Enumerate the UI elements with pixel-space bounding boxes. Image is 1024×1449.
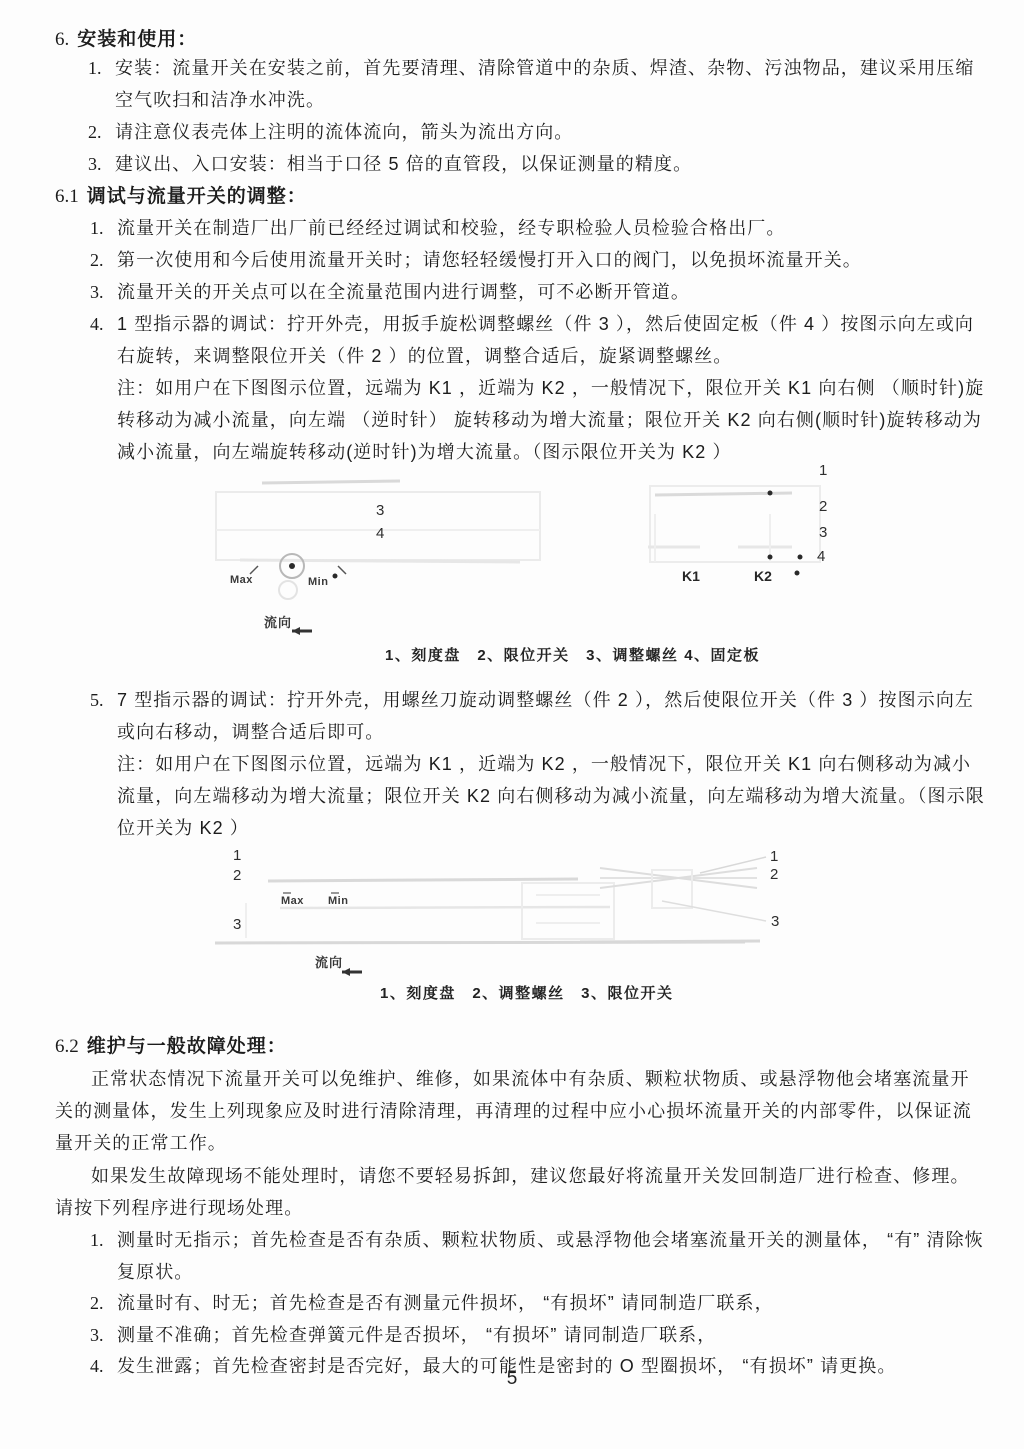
fig2-left-part-label-1: 1 [233,847,241,864]
maintenance-paragraph-1: 正常状态情况下流量开关可以免维护、维修，如果流体中有杂质、颗粒状物质、或悬浮物他… [55,1063,985,1159]
list-item: 1. 测量时无指示；首先检查是否有杂质、颗粒状物质、或悬浮物他会堵塞流量开关的测… [90,1225,987,1288]
section-6-1-title: 调试与流量开关的调整： [87,186,307,207]
fig2-right-part-label-3: 3 [771,913,779,930]
section-6-2-title: 维护与一般故障处理： [87,1036,287,1057]
section-6-number: 6. [55,29,69,50]
list-item: 4. 1 型指示器的调试：拧开外壳，用扳手旋松调整螺丝（件 3 ），然后使固定板… [90,308,987,468]
item-number: 1. [88,52,115,116]
list-item: 5. 7 型指示器的调试：拧开外壳，用螺丝刀旋动调整螺丝（件 2 ），然后使限位… [90,684,987,844]
item-text: 建议出、入口安装：相当于口径 5 倍的直管段，以保证测量的精度。 [115,148,985,180]
document-page: 6.安装和使用： 1. 安装：流量开关在安装之前，首先要清理、清除管道中的杂质、… [0,0,1024,1449]
list-item: 1. 安装：流量开关在安装之前，首先要清理、清除管道中的杂质、焊渣、杂物、污浊物… [88,52,985,116]
figure-2-caption: 1、刻度盘 2、调整螺丝 3、限位开关 [380,982,674,1003]
list-item: 3. 测量不准确；首先检查弹簧元件是否损坏， “有损坏” 请同制造厂联系， [90,1320,987,1352]
figure-1: 3 4 Max Min 流向 1 2 3 4 K1 K2 [0,452,1024,652]
fig2-right-part-label-1: 1 [770,848,778,865]
item-number: 4. [90,308,117,468]
section-6-1-list-continued: 5. 7 型指示器的调试：拧开外壳，用螺丝刀旋动调整螺丝（件 2 ），然后使限位… [90,684,987,844]
fig1-k1-label: K1 [682,568,700,584]
item-text: 测量时无指示；首先检查是否有杂质、颗粒状物质、或悬浮物他会堵塞流量开关的测量体，… [117,1225,987,1288]
fig1-left-part-label-4: 4 [376,525,384,542]
item-text: 流量开关在制造厂出厂前已经经过调试和校验，经专职检验人员检验合格出厂。 [117,212,987,244]
section-6-list: 1. 安装：流量开关在安装之前，首先要清理、清除管道中的杂质、焊渣、杂物、污浊物… [88,52,985,180]
fig1-left-part-label-3: 3 [376,502,384,519]
item-text: 7 型指示器的调试：拧开外壳，用螺丝刀旋动调整螺丝（件 2 ），然后使限位开关（… [117,690,974,742]
item-text: 测量不准确；首先检查弹簧元件是否损坏， “有损坏” 请同制造厂联系， [117,1320,987,1352]
list-item: 3. 流量开关的开关点可以在全流量范围内进行调整，可不必断开管道。 [90,276,987,308]
item-number: 1. [90,212,117,244]
fig2-right-part-label-2: 2 [770,866,778,883]
fig1-k2-label: K2 [754,568,772,584]
maintenance-paragraph-2: 如果发生故障现场不能处理时，请您不要轻易拆卸，建议您最好将流量开关发回制造厂进行… [55,1160,985,1224]
item-text: 安装：流量开关在安装之前，首先要清理、清除管道中的杂质、焊渣、杂物、污浊物品，建… [115,52,985,116]
section-6-2-heading: 6.2维护与一般故障处理： [55,1034,287,1060]
item-text: 1 型指示器的调试：拧开外壳，用扳手旋松调整螺丝（件 3 ），然后使固定板（件 … [117,314,974,366]
figure-1-diagram-art [0,452,1024,652]
fig2-left-part-label-2: 2 [233,867,241,884]
item-text: 流量时有、时无；首先检查是否有测量元件损坏， “有损坏” 请同制造厂联系， [117,1288,987,1320]
item-number: 2. [88,116,115,148]
list-item: 2. 第一次使用和今后使用流量开关时；请您轻轻缓慢打开入口的阀门，以免损坏流量开… [90,244,987,276]
fig1-min-label: Min [308,576,328,588]
list-item: 1. 流量开关在制造厂出厂前已经经过调试和校验，经专职检验人员检验合格出厂。 [90,212,987,244]
item-number: 3. [90,276,117,308]
section-6-1-heading: 6.1调试与流量开关的调整： [55,184,307,210]
item-text-with-note: 1 型指示器的调试：拧开外壳，用扳手旋松调整螺丝（件 3 ），然后使固定板（件 … [117,308,987,468]
section-6-2-list: 1. 测量时无指示；首先检查是否有杂质、颗粒状物质、或悬浮物他会堵塞流量开关的测… [90,1225,987,1383]
fig2-max-label: Max [281,895,304,907]
fig1-right-part-label-1: 1 [819,462,827,479]
figure-2-diagram-art [0,843,1024,983]
item-number: 3. [90,1320,117,1352]
list-item: 2. 请注意仪表壳体上注明的流体流向，箭头为流出方向。 [88,116,985,148]
fig1-max-label: Max [230,574,253,586]
list-item: 2. 流量时有、时无；首先检查是否有测量元件损坏， “有损坏” 请同制造厂联系， [90,1288,987,1320]
figure-1-caption: 1、刻度盘 2、限位开关 3、调整螺丝 4、固定板 [385,644,760,665]
item-number: 5. [90,684,117,844]
item-text-with-note: 7 型指示器的调试：拧开外壳，用螺丝刀旋动调整螺丝（件 2 ），然后使限位开关（… [117,684,987,844]
item-note: 注：如用户在下图图示位置，远端为 K1 ，近端为 K2 ，一般情况下，限位开关 … [117,748,987,844]
item-number: 2. [90,244,117,276]
section-6-title: 安装和使用： [77,29,197,50]
item-text: 第一次使用和今后使用流量开关时；请您轻轻缓慢打开入口的阀门，以免损坏流量开关。 [117,244,987,276]
fig1-right-part-label-2: 2 [819,498,827,515]
item-number: 2. [90,1288,117,1320]
fig2-min-label: Min [328,895,348,907]
fig1-right-part-label-4: 4 [817,548,825,565]
fig1-right-part-label-3: 3 [819,524,827,541]
page-number: 5 [0,1368,1024,1390]
fig2-left-part-label-3: 3 [233,916,241,933]
item-number: 3. [88,148,115,180]
section-6-1-list: 1. 流量开关在制造厂出厂前已经经过调试和校验，经专职检验人员检验合格出厂。 2… [90,212,987,468]
figure-2: 1 2 3 Max Min 流向 1 2 3 [0,843,1024,983]
fig2-flow-direction-label: 流向 [315,952,343,971]
fig1-flow-direction-label: 流向 [264,612,292,631]
item-text: 流量开关的开关点可以在全流量范围内进行调整，可不必断开管道。 [117,276,987,308]
list-item: 3. 建议出、入口安装：相当于口径 5 倍的直管段，以保证测量的精度。 [88,148,985,180]
section-6-1-number: 6.1 [55,186,79,207]
section-6-heading: 6.安装和使用： [55,27,197,53]
section-6-2-number: 6.2 [55,1036,79,1057]
item-text: 请注意仪表壳体上注明的流体流向，箭头为流出方向。 [115,116,985,148]
item-number: 1. [90,1225,117,1288]
